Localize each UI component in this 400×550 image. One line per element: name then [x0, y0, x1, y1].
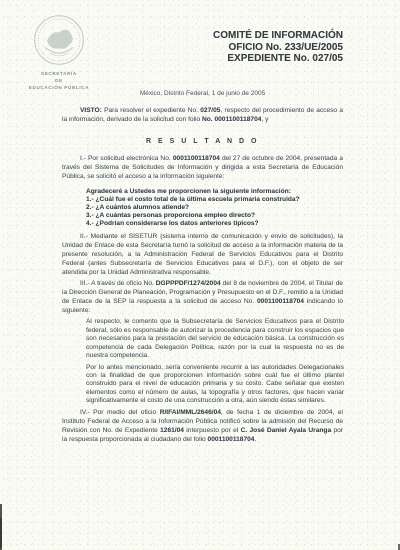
text-run: No. 0001100118704 [202, 116, 261, 123]
scanned-document-page: SECRETARÍA DE EDUCACIÓN PÚBLICA COMITÉ D… [0, 0, 400, 550]
seal-caption-line: DE [26, 77, 92, 84]
text-run: I.- Por solicitud electrónica No. [80, 155, 173, 162]
paragraph-iv: IV.- Por medio del oficio R/IFAI/MML/264… [62, 408, 343, 444]
committee-title: COMITÉ DE INFORMACIÓN [213, 30, 343, 42]
document-body: I.- Por solicitud electrónica No. 000110… [62, 154, 343, 444]
letterhead: COMITÉ DE INFORMACIÓN OFICIO No. 233/UE/… [213, 30, 343, 65]
text-run: 0001100118704 [173, 155, 220, 162]
request-quote-list: Agradeceré a Ustedes me proporcionen la … [86, 188, 343, 228]
text-run: DGPPPDF/1274/2004 [156, 280, 221, 287]
sep-seal: SECRETARÍA DE EDUCACIÓN PÚBLICA [26, 12, 92, 91]
text-run: interpuesto por el [184, 427, 241, 434]
text-run: VISTO: [80, 107, 104, 114]
text-run: IV.- Por medio del oficio [80, 409, 160, 416]
text-run: Para resolver el expediente No. [104, 107, 200, 114]
dateline: México, Distrito Federal, 1 de junio de … [62, 90, 343, 97]
text-run: III.- A través de oficio No. [80, 280, 156, 287]
resultando-heading: R E S U L T A N D O [62, 138, 343, 145]
text-run: . [254, 436, 256, 443]
text-run: 027/05 [200, 107, 220, 114]
quote-line: Agradeceré a Ustedes me proporcionen la … [86, 188, 343, 196]
text-run: 0001100118704 [257, 298, 304, 305]
scan-edge-artifact-left-dark [0, 518, 2, 548]
text-run: II.- Mediante el SISETUR (sistema intern… [62, 233, 343, 276]
expediente-number: EXPEDIENTE No. 027/05 [213, 53, 343, 65]
paragraph-iii: III.- A través de oficio No. DGPPPDF/127… [62, 279, 343, 315]
text-run: 1261/04 [160, 427, 184, 434]
oficio-number: OFICIO No. 233/UE/2005 [213, 42, 343, 54]
seal-caption-line: SECRETARÍA [26, 70, 92, 77]
text-run: , y [261, 116, 268, 123]
mexico-coat-of-arms-icon [31, 12, 87, 68]
paragraph-ii: II.- Mediante el SISETUR (sistema intern… [62, 232, 343, 277]
quote-line: 1.- ¿Cuál fue el costo total de la últim… [86, 196, 343, 204]
response-quote-2: Por lo antes mencionado, sería convenien… [86, 364, 344, 406]
text-run: 0001100118704 [208, 436, 255, 443]
text-run: C. José Daniel Ayala Uranga [241, 427, 332, 434]
quote-line: 4.- ¿Podrían considerarse los datos ante… [86, 220, 343, 228]
visto-paragraph: VISTO: Para resolver el expediente No. 0… [62, 106, 343, 124]
response-quote-1: Al respecto, le comento que la Subsecret… [86, 318, 344, 360]
text-run: R/IFAI/MML/2646/04 [160, 409, 221, 416]
paragraph-i: I.- Por solicitud electrónica No. 000110… [62, 154, 343, 181]
